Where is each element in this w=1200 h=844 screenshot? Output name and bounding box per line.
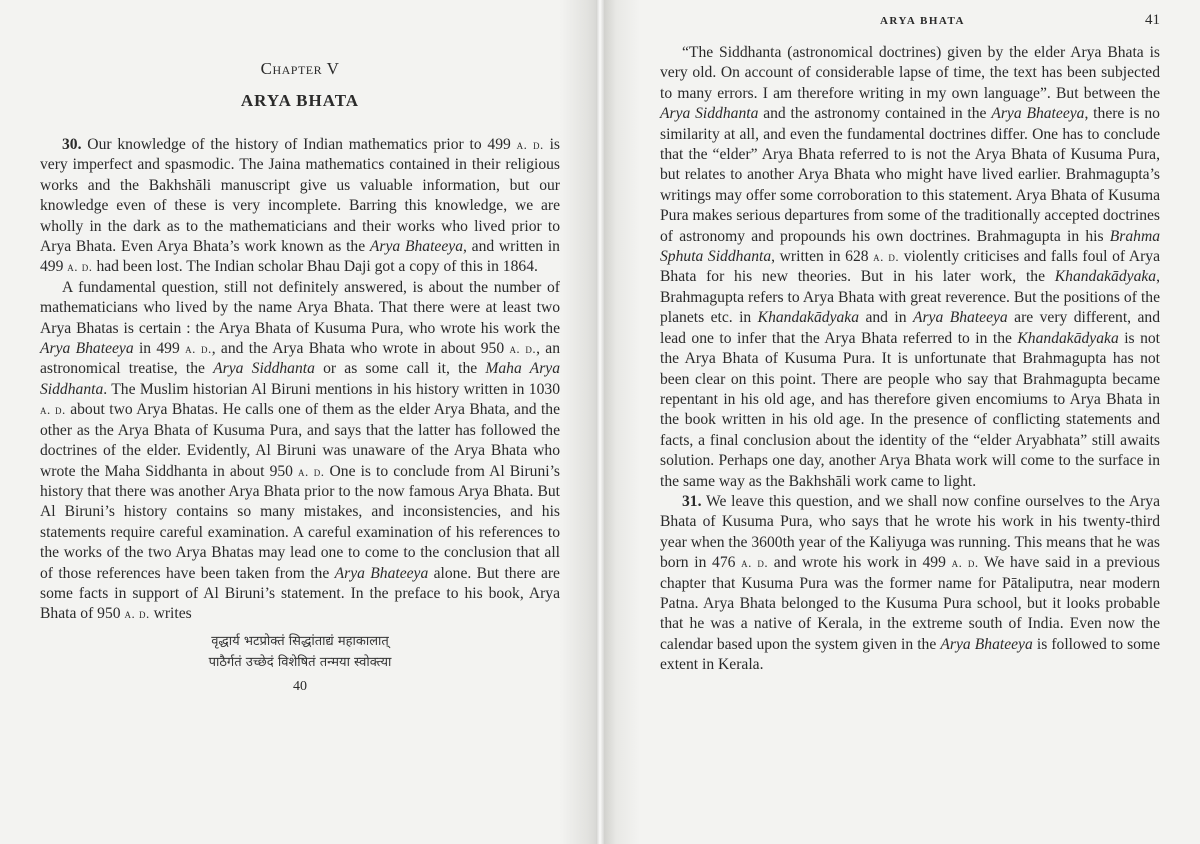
text-run: is not the Arya Bhata of Kusuma Pura. It…: [660, 330, 1160, 490]
text-run: writes: [150, 605, 192, 622]
text-run: , written in 628: [771, 248, 873, 265]
text-run: and wrote his work in 499: [768, 554, 951, 571]
era-abbrev: a. d.: [873, 249, 899, 264]
text-run: , and the Arya Bhata who wrote in about …: [212, 340, 510, 357]
era-abbrev: a. d.: [509, 341, 536, 356]
era-abbrev: a. d.: [185, 341, 212, 356]
era-abbrev: a. d.: [741, 555, 768, 570]
italic-title: Arya Bhateeya: [940, 636, 1032, 653]
running-head: ARYA BHATA 41: [660, 12, 1160, 29]
text-run: Our knowledge of the history of Indian m…: [82, 136, 517, 153]
gutter-shadow: [600, 0, 640, 844]
era-abbrev: a. d.: [298, 464, 324, 479]
verse-line: पाठैर्गतं उच्छेदं विशेषितं तन्मया स्वोक्…: [40, 652, 560, 673]
text-run: had been lost. The Indian scholar Bhau D…: [93, 258, 538, 275]
italic-title: Khandakādyaka: [1017, 330, 1118, 347]
chapter-title: ARYA BHATA: [40, 91, 560, 111]
verse-line: वृद्धार्य भटप्रोक्तं सिद्धांताद्यं महाका…: [40, 631, 560, 652]
text-run: and in: [859, 309, 913, 326]
text-run: and the astronomy contained in the: [758, 105, 991, 122]
era-abbrev: a. d.: [67, 259, 92, 274]
paragraph: A fundamental question, still not defini…: [40, 278, 560, 625]
page-number: 41: [1145, 12, 1160, 29]
gutter-shadow: [560, 0, 600, 844]
italic-title: Arya Siddhanta: [213, 360, 315, 377]
paragraph: 31. We leave this question, and we shall…: [660, 492, 1160, 676]
section-number: 31.: [682, 493, 702, 510]
right-page-body: “The Siddhanta (astronomical doctrines) …: [660, 43, 1160, 676]
book-spine: [596, 0, 604, 844]
left-page-body: 30. Our knowledge of the history of Indi…: [40, 135, 560, 625]
section-number: 30.: [62, 136, 82, 153]
text-run: or as some call it, the: [315, 360, 485, 377]
text-run: , there is no similarity at all, and eve…: [660, 105, 1160, 244]
running-title: ARYA BHATA: [660, 15, 1145, 27]
italic-title: Arya Bhateeya: [335, 565, 429, 582]
era-abbrev: a. d.: [952, 555, 979, 570]
page-number: 40: [40, 679, 560, 695]
era-abbrev: a. d.: [124, 606, 149, 621]
italic-title: Khandakādyaka: [758, 309, 859, 326]
era-abbrev: a. d.: [517, 137, 544, 152]
sanskrit-verse: वृद्धार्य भटप्रोक्तं सिद्धांताद्यं महाका…: [40, 631, 560, 673]
text-run: . The Muslim historian Al Biruni mention…: [103, 381, 560, 398]
italic-title: Arya Bhateeya: [913, 309, 1008, 326]
italic-title: Arya Siddhanta: [660, 105, 758, 122]
italic-title: Arya Bhateeya: [40, 340, 134, 357]
paragraph: 30. Our knowledge of the history of Indi…: [40, 135, 560, 278]
italic-title: Arya Bhateeya: [370, 238, 463, 255]
chapter-label: Chapter V: [40, 59, 560, 79]
paragraph: “The Siddhanta (astronomical doctrines) …: [660, 43, 1160, 492]
text-run: in 499: [134, 340, 185, 357]
text-run: A fundamental question, still not defini…: [40, 279, 560, 337]
left-page: Chapter V ARYA BHATA 30. Our knowledge o…: [0, 0, 600, 844]
italic-title: Arya Bhateeya: [991, 105, 1084, 122]
right-page: ARYA BHATA 41 “The Siddhanta (astronomic…: [600, 0, 1200, 844]
text-run: “The Siddhanta (astronomical doctrines) …: [660, 44, 1160, 102]
italic-title: Khandakādyaka: [1055, 268, 1156, 285]
era-abbrev: a. d.: [40, 402, 66, 417]
